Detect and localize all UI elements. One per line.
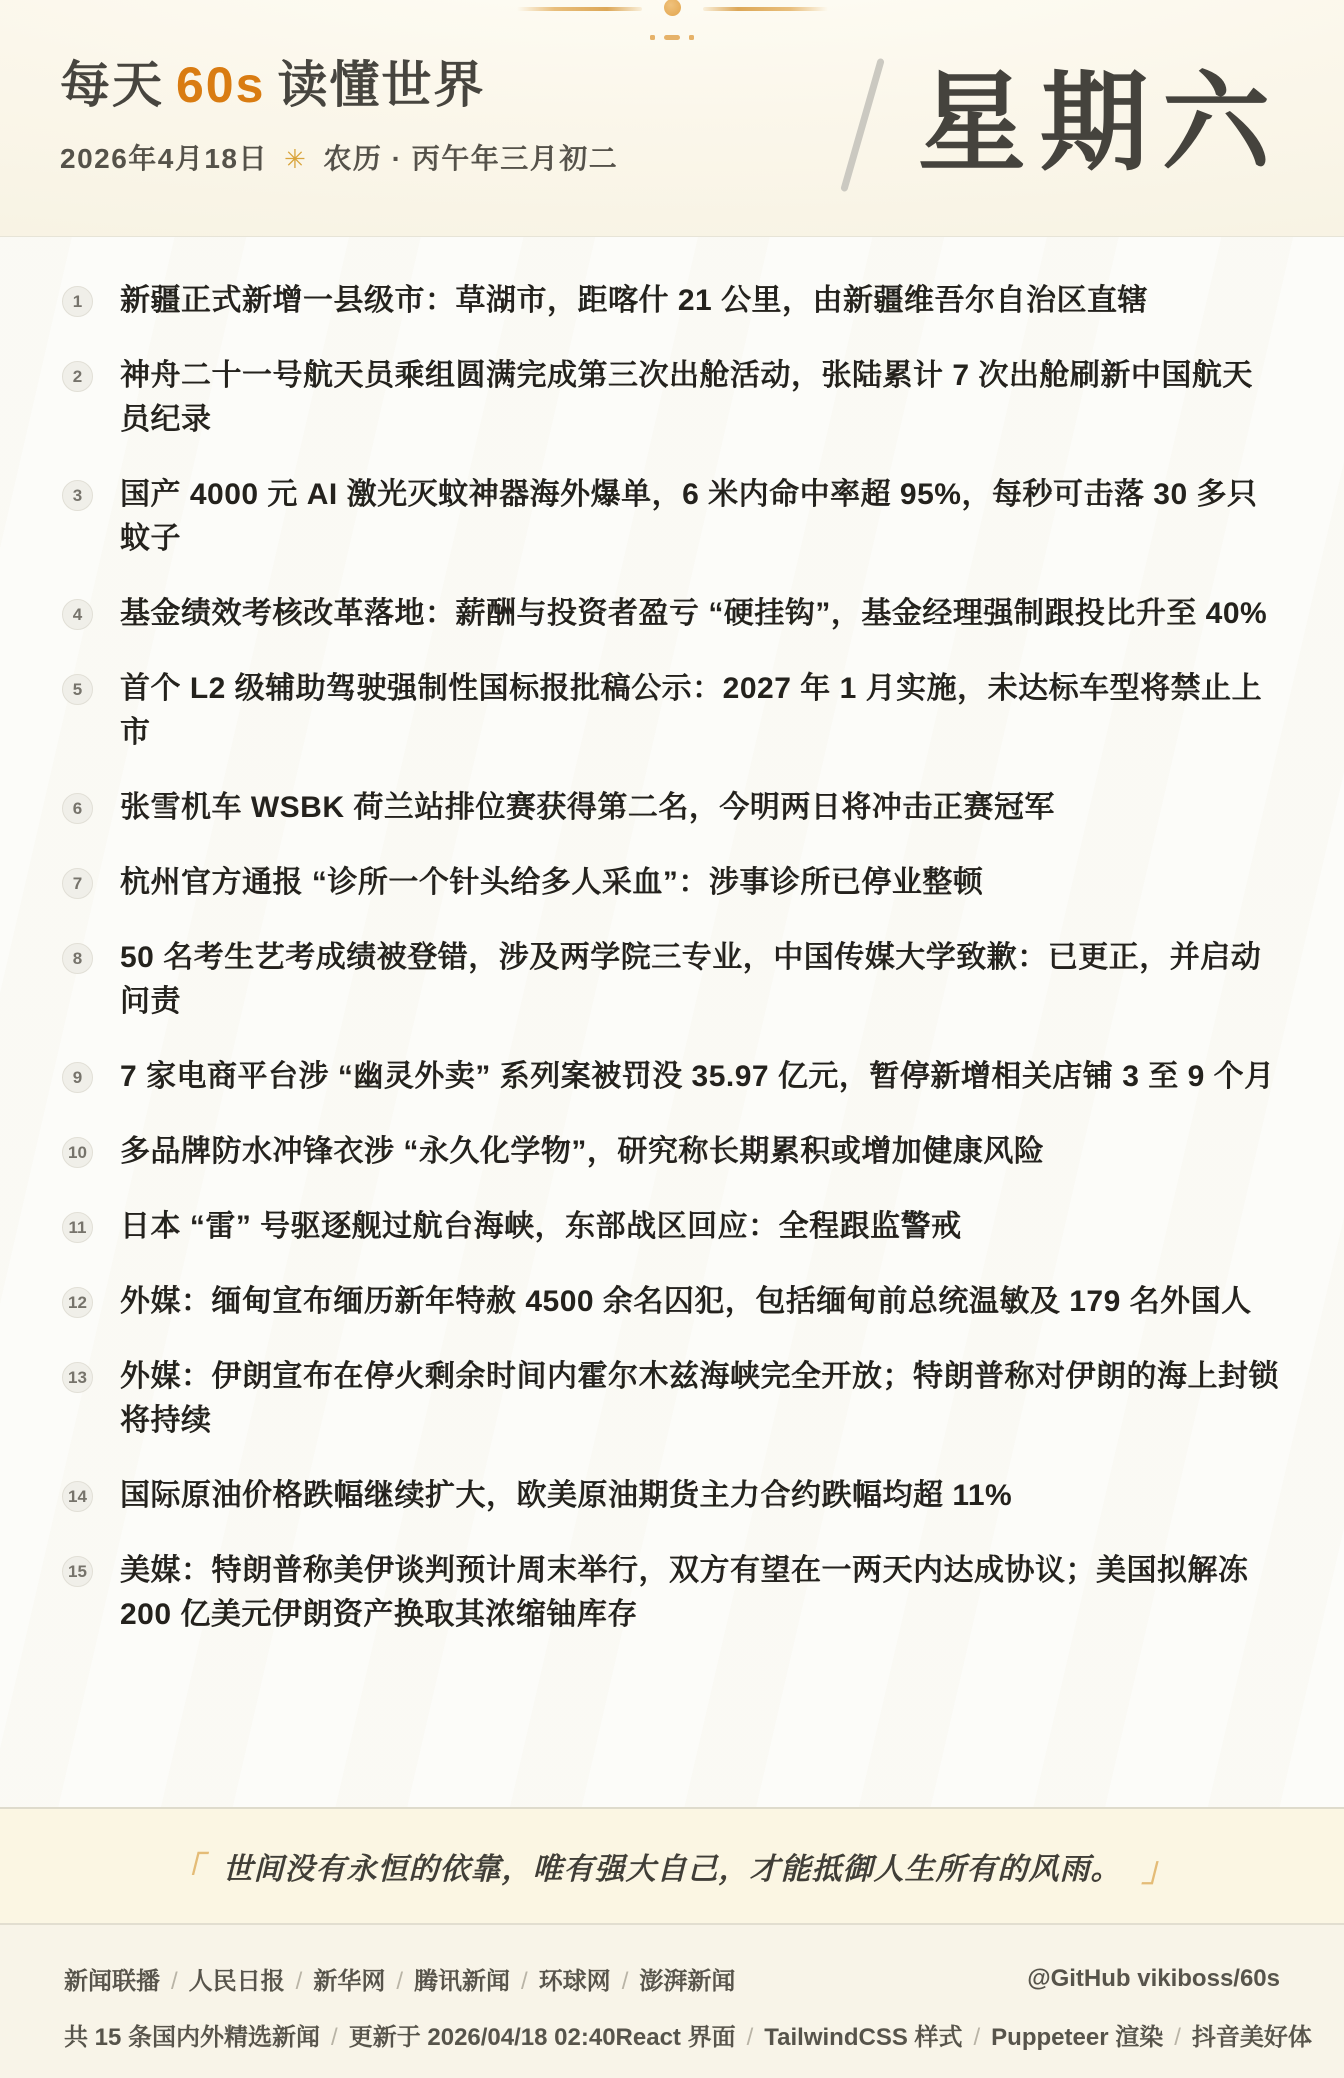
news-item: 7 杭州官方通报 “诊所一个针头给多人采血”：涉事诊所已停业整顿 [62,861,1282,905]
header-left: 每天60s读懂世界 2026年4月18日✳农历 · 丙午年三月初二 [60,58,618,177]
title-accent: 60s [176,57,265,113]
gregorian-date: 2026年4月18日 [60,143,268,174]
news-item: 8 50 名考生艺考成绩被登错，涉及两学院三专业，中国传媒大学致歉：已更正，并启… [62,936,1282,1024]
news-text: 张雪机车 WSBK 荷兰站排位赛获得第二名，今明两日将冲击正赛冠军 [120,786,1055,830]
news-item: 2 神舟二十一号航天员乘组圆满完成第三次出舱活动，张陆累计 7 次出舱刷新中国航… [62,354,1282,442]
item-number-badge: 10 [62,1137,93,1168]
daily-60s-poster: 每天60s读懂世界 2026年4月18日✳农历 · 丙午年三月初二 星期六 1 … [0,0,1344,2078]
news-item: 6 张雪机车 WSBK 荷兰站排位赛获得第二名，今明两日将冲击正赛冠军 [62,786,1282,830]
item-number-badge: 5 [62,674,93,705]
news-text: 50 名考生艺考成绩被登错，涉及两学院三专业，中国传媒大学致歉：已更正，并启动问… [120,936,1282,1024]
tech-item: 抖音美好体 [1192,2024,1312,2051]
ornament-circle-icon [664,0,681,16]
news-text: 国际原油价格跌幅继续扩大，欧美原油期货主力合约跌幅均超 11% [120,1474,1012,1518]
news-text: 外媒：伊朗宣布在停火剩余时间内霍尔木兹海峡完全开放；特朗普称对伊朗的海上封锁将持… [120,1355,1282,1443]
title-prefix: 每天 [60,57,164,113]
top-ornament [352,0,992,40]
quote-text: 世间没有永恒的依靠，唯有强大自己，才能抵御人生所有的风雨。 [223,1844,1122,1888]
news-text: 美媒：特朗普称美伊谈判预计周末举行，双方有望在一两天内达成协议；美国拟解冻 20… [120,1549,1282,1637]
github-credit: @GitHub vikiboss/60s [1027,1965,1280,1993]
ornament-dots-icon [650,35,694,40]
ornament-line-right-icon [703,7,828,11]
news-text: 多品牌防水冲锋衣涉 “永久化学物”，研究称长期累积或增加健康风险 [120,1130,1044,1174]
stats-line: 共 15 条国内外精选新闻更新于 2026/04/18 02:40 [64,2017,616,2052]
date-line: 2026年4月18日✳农历 · 丙午年三月初二 [60,137,618,177]
news-item: 1 新疆正式新增一县级市：草湖市，距喀什 21 公里，由新疆维吾尔自治区直辖 [62,279,1282,323]
news-item: 3 国产 4000 元 AI 激光灭蚊神器海外爆单，6 米内命中率超 95%，每… [62,473,1282,561]
news-text: 外媒：缅甸宣布缅历新年特赦 4500 余名囚犯，包括缅甸前总统温敏及 179 名… [120,1280,1252,1324]
source-item: 腾讯新闻 [414,1968,539,1995]
news-text: 神舟二十一号航天员乘组圆满完成第三次出舱活动，张陆累计 7 次出舱刷新中国航天员… [120,354,1282,442]
news-item: 10 多品牌防水冲锋衣涉 “永久化学物”，研究称长期累积或增加健康风险 [62,1130,1282,1174]
news-item: 5 首个 L2 级辅助驾驶强制性国标报批稿公示：2027 年 1 月实施，未达标… [62,667,1282,755]
item-number-badge: 11 [62,1212,93,1243]
news-item: 4 基金绩效考核改革落地：薪酬与投资者盈亏 “硬挂钩”，基金经理强制跟投比升至 … [62,592,1282,636]
source-item: 澎湃新闻 [639,1968,735,1995]
item-number-badge: 4 [62,599,93,630]
item-number-badge: 9 [62,1062,93,1093]
news-sources: 新闻联播人民日报新华网腾讯新闻环球网澎湃新闻 [64,1961,735,1996]
news-text: 首个 L2 级辅助驾驶强制性国标报批稿公示：2027 年 1 月实施，未达标车型… [120,667,1282,755]
news-item: 14 国际原油价格跌幅继续扩大，欧美原油期货主力合约跌幅均超 11% [62,1474,1282,1518]
item-number-badge: 3 [62,480,93,511]
news-item: 11 日本 “雷” 号驱逐舰过航台海峡，东部战区回应：全程跟监警戒 [62,1205,1282,1249]
stats-updated: 更新于 2026/04/18 02:40 [349,2024,616,2051]
header-divider [840,58,885,193]
news-text: 7 家电商平台涉 “幽灵外卖” 系列案被罚没 35.97 亿元，暂停新增相关店铺… [120,1055,1275,1099]
news-item: 12 外媒：缅甸宣布缅历新年特赦 4500 余名囚犯，包括缅甸前总统温敏及 17… [62,1280,1282,1324]
news-list: 1 新疆正式新增一县级市：草湖市，距喀什 21 公里，由新疆维吾尔自治区直辖 2… [0,237,1344,1807]
quote-bracket-close-icon: 」 [1142,1842,1176,1891]
source-item: 新闻联播 [64,1968,189,1995]
item-number-badge: 7 [62,868,93,899]
item-number-badge: 8 [62,943,93,974]
news-text: 日本 “雷” 号驱逐舰过航台海峡，东部战区回应：全程跟监警戒 [120,1205,962,1249]
tech-item: Puppeteer 渲染 [991,2024,1192,2051]
page-title: 每天60s读懂世界 [60,58,618,113]
news-item: 9 7 家电商平台涉 “幽灵外卖” 系列案被罚没 35.97 亿元，暂停新增相关… [62,1055,1282,1099]
quote-section: 「 世间没有永恒的依靠，唯有强大自己，才能抵御人生所有的风雨。 」 [0,1807,1344,1925]
quote: 「 世间没有永恒的依靠，唯有强大自己，才能抵御人生所有的风雨。 」 [169,1842,1176,1891]
ornament-line-left-icon [517,7,642,11]
quote-bracket-open-icon: 「 [169,1842,203,1891]
source-item: 新华网 [313,1968,414,1995]
item-number-badge: 15 [62,1556,93,1587]
item-number-badge: 6 [62,793,93,824]
header-right: 星期六 [859,52,1270,194]
news-text: 新疆正式新增一县级市：草湖市，距喀什 21 公里，由新疆维吾尔自治区直辖 [120,279,1148,323]
footer: 新闻联播人民日报新华网腾讯新闻环球网澎湃新闻 @GitHub vikiboss/… [0,1925,1344,2078]
stats-count: 共 15 条国内外精选新闻 [64,2024,349,2051]
item-number-badge: 12 [62,1287,93,1318]
news-item: 15 美媒：特朗普称美伊谈判预计周末举行，双方有望在一两天内达成协议；美国拟解冻… [62,1549,1282,1637]
title-suffix: 读懂世界 [277,57,485,113]
news-text: 基金绩效考核改革落地：薪酬与投资者盈亏 “硬挂钩”，基金经理强制跟投比升至 40… [120,592,1267,636]
tech-item: React 界面 [616,2024,765,2051]
item-number-badge: 1 [62,286,93,317]
source-item: 环球网 [539,1968,640,1995]
source-item: 人民日报 [189,1968,314,1995]
lunar-star-icon: ✳ [284,144,307,174]
item-number-badge: 14 [62,1481,93,1512]
weekday-label: 星期六 [918,69,1284,177]
lunar-date: 农历 · 丙午年三月初二 [323,143,618,174]
header: 每天60s读懂世界 2026年4月18日✳农历 · 丙午年三月初二 星期六 [0,0,1344,237]
tech-stack: React 界面TailwindCSS 样式Puppeteer 渲染抖音美好体 [616,2017,1312,2052]
item-number-badge: 2 [62,361,93,392]
item-number-badge: 13 [62,1362,93,1393]
news-text: 杭州官方通报 “诊所一个针头给多人采血”：涉事诊所已停业整顿 [120,861,983,905]
tech-item: TailwindCSS 样式 [764,2024,991,2051]
news-item: 13 外媒：伊朗宣布在停火剩余时间内霍尔木兹海峡完全开放；特朗普称对伊朗的海上封… [62,1355,1282,1443]
news-text: 国产 4000 元 AI 激光灭蚊神器海外爆单，6 米内命中率超 95%，每秒可… [120,473,1282,561]
